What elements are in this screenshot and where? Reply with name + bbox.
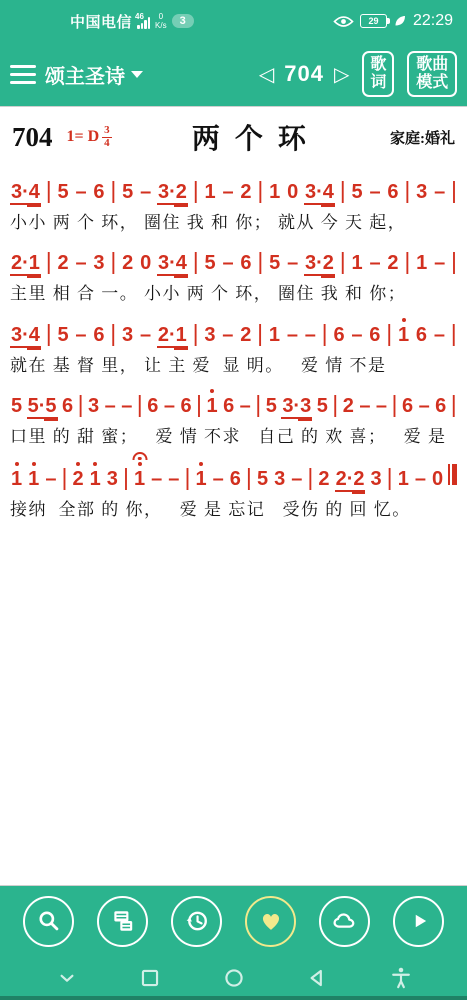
note: 1 <box>397 325 410 345</box>
barline: | <box>257 250 263 273</box>
barline: | <box>404 250 410 273</box>
note: 5 <box>56 325 69 345</box>
barline: | <box>387 466 393 489</box>
note: 2 <box>239 325 252 345</box>
song-title-row: 704 1= D 34 两 个 环 家庭:婚礼 <box>12 117 455 157</box>
note: 2 <box>386 253 399 273</box>
note: 1 <box>27 469 40 489</box>
note: – <box>167 469 180 489</box>
note: 1 <box>89 469 102 489</box>
note: 3 <box>106 469 119 489</box>
note: 5 <box>57 182 70 202</box>
note: 1 <box>205 396 218 416</box>
note: 3·4 <box>10 325 41 348</box>
song-number: 704 <box>12 122 53 153</box>
barline: | <box>257 179 263 202</box>
app-title: 颂主圣诗 <box>45 60 125 89</box>
note: – <box>433 325 446 345</box>
power-save-leaf-icon <box>393 14 407 28</box>
song-list-icon <box>110 908 136 934</box>
note: 6 <box>179 396 192 416</box>
screen: 中国电信 46 0 K/s 3 29 22:29 <box>0 0 467 1000</box>
note: 5 <box>268 253 281 273</box>
square-icon <box>137 965 163 991</box>
note: 1 <box>351 253 364 273</box>
note: – <box>139 325 152 345</box>
barline: | <box>46 179 52 202</box>
chevron-down-icon <box>54 965 80 991</box>
notation-line: 2·1|2–3|203·4|5–6|5–3·2|1–2|1–| <box>10 238 457 276</box>
note: 6 <box>386 182 399 202</box>
barline: | <box>46 250 52 273</box>
note: 6 <box>239 253 252 273</box>
status-bar: 中国电信 46 0 K/s 3 29 22:29 <box>0 0 467 42</box>
note: 3 <box>92 253 105 273</box>
recents-button[interactable] <box>133 963 167 993</box>
note: 6 <box>229 469 242 489</box>
note: 6 <box>146 396 159 416</box>
clock: 22:29 <box>413 12 453 30</box>
note: 1 <box>268 182 281 202</box>
barline: | <box>110 179 116 202</box>
note: 2 <box>317 469 330 489</box>
note: 3 <box>203 325 216 345</box>
score: 3·4|5–6|5–3·2|1–2|103·4|5–6|3–|小小 两 个 环，… <box>10 167 457 520</box>
note: – <box>74 325 87 345</box>
favorite-button[interactable] <box>245 896 296 947</box>
note: – <box>221 182 234 202</box>
note: 2 <box>71 469 84 489</box>
note: – <box>286 253 299 273</box>
note: 6 <box>92 182 105 202</box>
heart-icon <box>258 908 284 934</box>
note: – <box>368 253 381 273</box>
note: 5 <box>256 469 269 489</box>
bottom-toolbar <box>0 886 467 956</box>
time-signature: 34 <box>102 125 112 149</box>
barline: | <box>386 322 392 345</box>
note: 2 <box>57 253 70 273</box>
note: – <box>304 325 317 345</box>
note: – <box>239 396 252 416</box>
note: – <box>350 325 363 345</box>
song-title: 两 个 环 <box>120 117 382 157</box>
barline: | <box>332 393 338 416</box>
barline: | <box>123 466 129 489</box>
note: 6 <box>61 396 74 416</box>
barline: | <box>196 393 202 416</box>
note: – <box>150 469 163 489</box>
note: 5 <box>316 396 329 416</box>
next-song-button[interactable]: ▷ <box>334 62 349 87</box>
menu-icon[interactable] <box>10 65 36 84</box>
fermata-icon <box>132 452 147 460</box>
note: 1 <box>268 325 281 345</box>
notation-line: 3·4|5–6|5–3·2|1–2|103·4|5–6|3–| <box>10 167 457 205</box>
note: 3·2 <box>157 182 188 205</box>
eye-protection-icon <box>333 15 354 28</box>
hide-navbar-button[interactable] <box>50 963 84 993</box>
barline: | <box>193 250 199 273</box>
note: 3 <box>87 396 100 416</box>
note: 2·1 <box>10 253 41 276</box>
accessibility-button[interactable] <box>384 963 418 993</box>
battery-icon: 29 <box>360 14 387 28</box>
barline: | <box>257 322 263 345</box>
note: – <box>74 182 87 202</box>
note: – <box>414 469 427 489</box>
barline: | <box>110 250 116 273</box>
lyrics-line: 主里 相 合 一。 小小 两 个 环， 圈住 我 和 你； <box>10 283 457 304</box>
final-barline <box>448 464 457 485</box>
note: 6 <box>332 325 345 345</box>
note: – <box>163 396 176 416</box>
note: 5 <box>10 396 23 416</box>
note: – <box>368 182 381 202</box>
note: – <box>290 469 303 489</box>
lyrics-line: 接纳 全部 的 你， 爱 是 忘记 受伤 的 回 忆。 <box>10 499 457 520</box>
note: 2·2 <box>335 469 366 492</box>
note: – <box>418 396 431 416</box>
search-icon <box>36 908 62 934</box>
app-title-dropdown[interactable]: 颂主圣诗 <box>45 60 143 89</box>
barline: | <box>255 393 261 416</box>
android-nav-bar <box>0 956 467 1000</box>
note: 0 <box>139 253 152 273</box>
lyrics-button[interactable]: 歌词 <box>362 51 394 98</box>
play-button[interactable] <box>393 896 444 947</box>
app-header: 颂主圣诗 ◁ 704 ▷ 歌词 歌曲模式 <box>0 42 467 106</box>
sheet-area: 704 1= D 34 两 个 环 家庭:婚礼 3·4|5–6|5–3·2|1–… <box>0 106 467 886</box>
note: 2 <box>342 396 355 416</box>
notification-count-badge: 3 <box>172 14 194 28</box>
note: 6 <box>415 325 428 345</box>
barline: | <box>307 466 313 489</box>
note: – <box>104 396 117 416</box>
note: 3·3 <box>281 396 312 419</box>
barline: | <box>78 393 84 416</box>
note: – <box>433 253 446 273</box>
note: 3·4 <box>10 182 41 205</box>
barline: | <box>46 322 52 345</box>
signal-strength-icon: 46 <box>137 13 150 29</box>
note: 6 <box>434 396 447 416</box>
song-list-button[interactable] <box>97 896 148 947</box>
dropdown-caret-icon <box>131 71 143 78</box>
lyrics-line: 就在 基 督 里， 让 主 爱 显 明。 爱 情 不是 <box>10 355 457 376</box>
back-button[interactable] <box>300 963 334 993</box>
song-category: 家庭:婚礼 <box>390 127 455 148</box>
song-mode-button[interactable]: 歌曲模式 <box>407 51 457 98</box>
note: – <box>221 325 234 345</box>
note: 1 <box>415 253 428 273</box>
note: 6 <box>222 396 235 416</box>
lyrics-line: 口里 的 甜 蜜； 爱 情 不求 自己 的 欢 喜； 爱 是 <box>10 426 457 447</box>
note: – <box>212 469 225 489</box>
note: 0 <box>286 182 299 202</box>
cloud-button[interactable] <box>319 896 370 947</box>
note: 5 <box>351 182 364 202</box>
barline: | <box>184 466 190 489</box>
note: 1 <box>194 469 207 489</box>
barline: | <box>451 393 457 416</box>
key-signature: 1= D 34 <box>67 125 112 149</box>
back-triangle-icon <box>304 965 330 991</box>
note: 3·4 <box>157 253 188 276</box>
note: – <box>221 253 234 273</box>
note: 3 <box>370 469 383 489</box>
barline: | <box>451 179 457 202</box>
history-button[interactable] <box>171 896 222 947</box>
notation-line: 11–|213|1––|1–6|53–|22·23|1–0 <box>10 452 457 492</box>
note: 2 <box>121 253 134 273</box>
note: – <box>120 396 133 416</box>
home-button[interactable] <box>217 963 251 993</box>
note: 1 <box>204 182 217 202</box>
note: 2 <box>239 182 252 202</box>
note: 3 <box>121 325 134 345</box>
note: – <box>433 182 446 202</box>
barline: | <box>404 179 410 202</box>
barline: | <box>322 322 328 345</box>
play-icon <box>406 908 432 934</box>
barline: | <box>193 322 199 345</box>
barline: | <box>451 322 457 345</box>
barline: | <box>246 466 252 489</box>
note: 1 <box>10 469 23 489</box>
history-icon <box>184 908 210 934</box>
network-speed: 0 K/s <box>155 12 167 30</box>
note: 3·4 <box>304 182 335 205</box>
note: 5 <box>265 396 278 416</box>
note: 2·1 <box>157 325 188 348</box>
note: 6 <box>92 325 105 345</box>
circle-icon <box>221 965 247 991</box>
note: – <box>358 396 371 416</box>
note: 3·2 <box>304 253 335 276</box>
barline: | <box>340 179 346 202</box>
search-button[interactable] <box>23 896 74 947</box>
note: 1 <box>133 469 146 489</box>
notation-line: 55·56|3––|6–6|16–|53·35|2––|6–6| <box>10 381 457 419</box>
barline: | <box>61 466 67 489</box>
barline: | <box>137 393 143 416</box>
barline: | <box>392 393 398 416</box>
note: 3 <box>273 469 286 489</box>
barline: | <box>451 250 457 273</box>
note: 5 <box>121 182 134 202</box>
note: 3 <box>415 182 428 202</box>
barline: | <box>340 250 346 273</box>
note: – <box>286 325 299 345</box>
note: 5 <box>204 253 217 273</box>
lyrics-line: 小小 两 个 环， 圈住 我 和 你； 就从 今 天 起， <box>10 212 457 233</box>
accessibility-person-icon <box>388 965 414 991</box>
note: 6 <box>401 396 414 416</box>
barline: | <box>110 322 116 345</box>
note: – <box>375 396 388 416</box>
note: – <box>139 182 152 202</box>
note: 1 <box>397 469 410 489</box>
note: 6 <box>368 325 381 345</box>
barline: | <box>193 179 199 202</box>
carrier-label: 中国电信 <box>70 11 132 32</box>
note: – <box>74 253 87 273</box>
notation-line: 3·4|5–6|3–2·1|3–2|1––|6–6|16–| <box>10 310 457 348</box>
cloud-icon <box>331 908 358 935</box>
note: 5·5 <box>27 396 58 419</box>
note: 0 <box>431 469 444 489</box>
note: – <box>44 469 57 489</box>
song-pager: ◁ 704 ▷ <box>259 61 350 87</box>
prev-song-button[interactable]: ◁ <box>259 62 274 87</box>
song-number-display: 704 <box>284 61 324 87</box>
